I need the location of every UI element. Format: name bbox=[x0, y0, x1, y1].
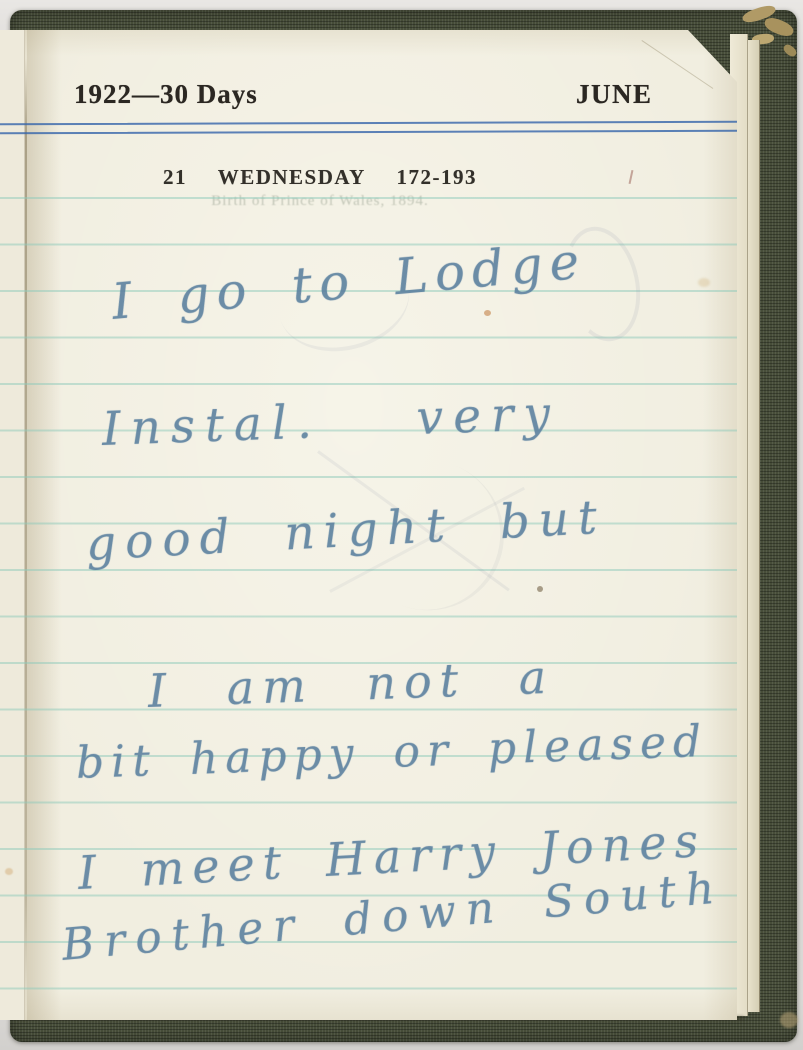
small-ink-tick bbox=[629, 170, 634, 184]
weekday-label: WEDNESDAY bbox=[218, 165, 366, 189]
page-edge-stack bbox=[748, 40, 760, 1012]
printed-month-label: JUNE bbox=[576, 79, 653, 110]
printed-year-days-label: 1922—30 Days bbox=[74, 79, 258, 110]
cover-wear-spot bbox=[780, 1012, 798, 1028]
day-number: 21 bbox=[163, 165, 187, 189]
foxing-stain bbox=[5, 868, 13, 875]
header-double-rule bbox=[0, 121, 737, 135]
printed-date-line: 21 WEDNESDAY 172-193 bbox=[128, 165, 512, 190]
foxing-stain bbox=[484, 310, 491, 316]
foxing-stain bbox=[698, 278, 710, 287]
day-of-year-numbers: 172-193 bbox=[397, 165, 478, 189]
diary-photo: 1922—30 Days JUNE 21 WEDNESDAY 172-193 B… bbox=[0, 0, 803, 1050]
diary-page: 1922—30 Days JUNE 21 WEDNESDAY 172-193 B… bbox=[0, 30, 737, 1020]
foxing-stain bbox=[537, 586, 543, 592]
